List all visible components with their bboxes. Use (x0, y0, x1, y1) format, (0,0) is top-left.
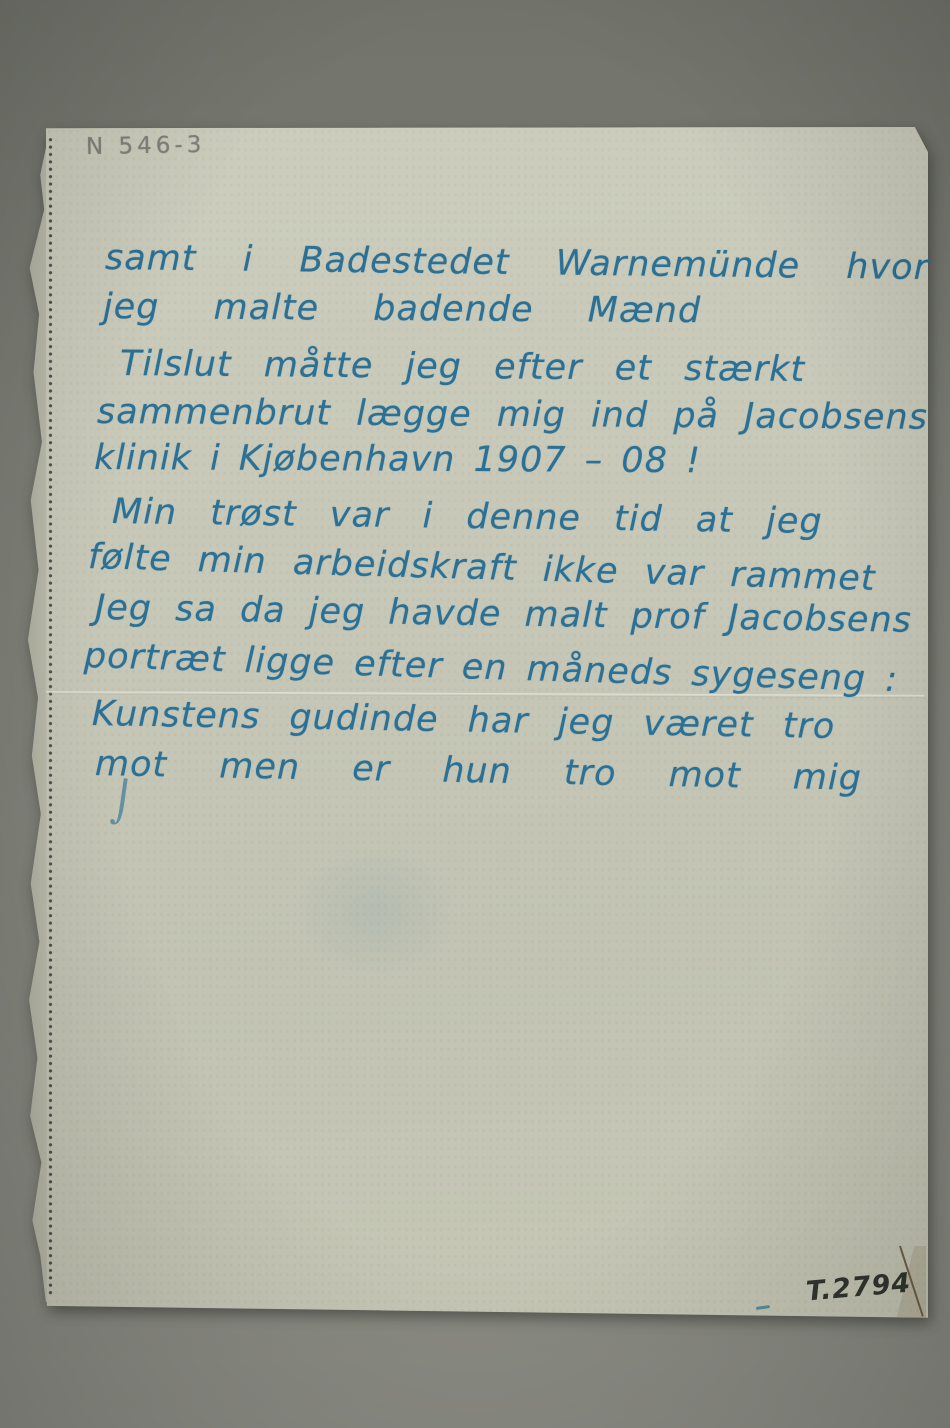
handwritten-line: klinik i Kjøbenhavn 1907 – 08 ! (94, 438, 701, 481)
perforated-edge (47, 136, 54, 1298)
ink-smudge (290, 840, 460, 980)
handwritten-line: jeg malte badende Mænd (103, 287, 701, 331)
handwritten-line: Tilslut måtte jeg efter et stærkt (120, 344, 806, 390)
archive-number-pencil: N 546-3 (86, 132, 206, 160)
photo-background: N 546-3 samt i Badestedet Warnemünde hvo… (0, 0, 950, 1428)
handwritten-line: sammenbrut lægge mig ind på Jacobsens (97, 392, 928, 438)
